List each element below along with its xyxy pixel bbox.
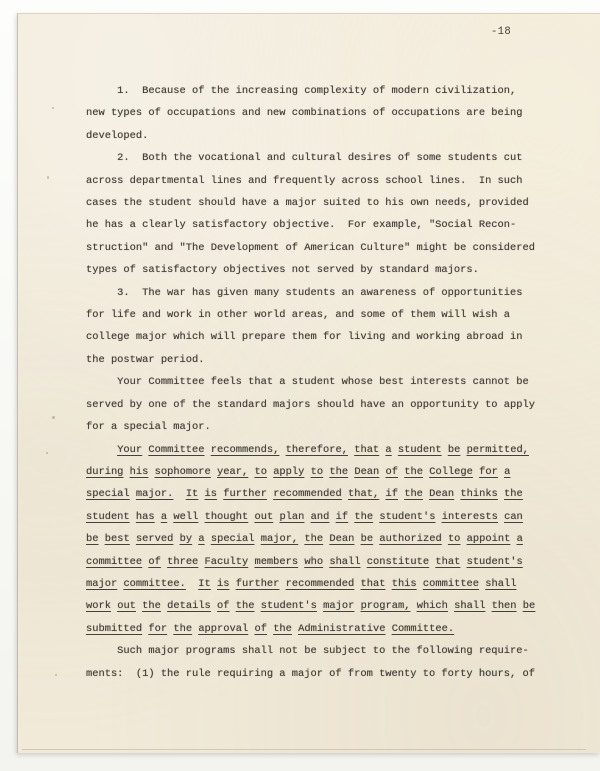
underlined-word: interests	[442, 511, 498, 523]
text-line: Your Committee recommends, therefore, th…	[86, 439, 586, 461]
underlined-word: his	[130, 466, 149, 478]
paper-speck	[55, 674, 57, 676]
underlined-word: the	[329, 466, 348, 478]
underlined-word: special	[211, 533, 255, 545]
underlined-word: the	[404, 466, 423, 478]
underlined-word: of	[148, 556, 160, 568]
text-line: new types of occupations and new combina…	[86, 102, 586, 124]
underlined-word: the	[404, 488, 423, 500]
paper-speck	[52, 416, 55, 419]
underlined-word: a	[517, 533, 523, 545]
underlined-word: student's	[379, 511, 435, 523]
underlined-word: recommended	[273, 488, 342, 500]
underlined-word: Your	[117, 444, 142, 456]
underlined-word: approval	[198, 623, 248, 635]
underlined-word: be	[448, 444, 460, 456]
text-line: struction" and "The Development of Ameri…	[86, 237, 586, 259]
underlined-word: and	[311, 511, 330, 523]
underlined-word: to	[311, 466, 323, 478]
underlined-word: student	[86, 511, 130, 523]
paper-speck	[52, 107, 54, 109]
underlined-word: the	[142, 600, 161, 612]
underlined-word: out	[117, 600, 136, 612]
text-line: across departmental lines and frequently…	[86, 170, 586, 192]
underlined-word: be	[86, 533, 98, 545]
underlined-word: year,	[217, 466, 248, 478]
underlined-word: details	[167, 600, 211, 612]
underlined-word: program,	[361, 600, 411, 612]
underlined-word: submitted	[86, 623, 142, 635]
text-line: 3. The war has given many students an aw…	[86, 282, 586, 304]
underlined-word: if	[385, 488, 397, 500]
underlined-word: for	[148, 623, 167, 635]
underlined-word: if	[336, 511, 348, 523]
text-line: during his sophomore year, to apply to t…	[86, 461, 586, 483]
underlined-word: sophomore	[155, 466, 211, 478]
underlined-word: permitted,	[467, 444, 529, 456]
underlined-word: be	[523, 600, 535, 612]
underlined-word: to	[254, 466, 266, 478]
text-line: Such major programs shall not be subject…	[86, 640, 586, 662]
underlined-word: thought	[205, 511, 249, 523]
underlined-word: which	[417, 600, 448, 612]
underlined-word: It	[186, 488, 198, 500]
text-line: ments: (1) the rule requiring a major of…	[86, 663, 586, 685]
underlined-word: Dean	[429, 488, 454, 500]
underlined-word: members	[254, 556, 298, 568]
text-line: Your Committee feels that a student whos…	[86, 371, 586, 393]
underlined-word: committee	[86, 556, 142, 568]
text-line: served by one of the standard majors sho…	[86, 394, 586, 416]
underlined-word: therefore,	[286, 444, 348, 456]
underlined-word: a	[385, 444, 391, 456]
underlined-word: shall	[485, 578, 516, 590]
underlined-word: that	[354, 444, 379, 456]
underlined-word: the	[504, 488, 523, 500]
text-line: 1. Because of the increasing complexity …	[86, 80, 586, 102]
text-line: student has a well thought out plan and …	[86, 506, 586, 528]
underlined-word: major	[323, 600, 354, 612]
underlined-word: shall	[454, 600, 485, 612]
underlined-word: of	[254, 623, 266, 635]
underlined-word: Dean	[329, 533, 354, 545]
underlined-word: committee.	[123, 578, 185, 590]
text-line: college major which will prepare them fo…	[86, 326, 586, 348]
underlined-word: plan	[279, 511, 304, 523]
page-number: -18	[491, 26, 511, 38]
underlined-word: a	[504, 466, 510, 478]
text-line: 2. Both the vocational and cultural desi…	[86, 147, 586, 169]
text-line: developed.	[86, 125, 586, 147]
underlined-word: well	[173, 511, 198, 523]
text-line: special major. It is further recommended…	[86, 483, 586, 505]
text-line: work out the details of the student's ma…	[86, 595, 586, 617]
text-line: major committee. It is further recommend…	[86, 573, 586, 595]
underlined-word: College	[429, 466, 473, 478]
underlined-word: that	[435, 556, 460, 568]
text-line: submitted for the approval of the Admini…	[86, 618, 586, 640]
underlined-word: the	[273, 623, 292, 635]
underlined-word: three	[167, 556, 198, 568]
underlined-word: recommends,	[211, 444, 280, 456]
underlined-word: further	[236, 578, 280, 590]
underlined-word: is	[217, 578, 229, 590]
underlined-word: Administrative	[298, 623, 385, 635]
text-block: 1. Because of the increasing complexity …	[86, 80, 586, 685]
underlined-word: Committee.	[392, 623, 454, 635]
underlined-word: this	[392, 578, 417, 590]
underlined-word: has	[136, 511, 155, 523]
document-page: -18 1. Because of the increasing complex…	[17, 13, 600, 753]
underlined-word: a	[198, 533, 204, 545]
underlined-word: be	[361, 533, 373, 545]
underlined-word: of	[386, 466, 398, 478]
underlined-word: apply	[273, 466, 304, 478]
underlined-word: of	[217, 600, 229, 612]
paragraph-numbered-item-1: 1. Because of the increasing complexity …	[86, 80, 586, 147]
underlined-word: to	[448, 533, 460, 545]
underlined-word: Faculty	[205, 556, 249, 568]
underlined-word: the	[304, 533, 323, 545]
text-line: for a special major.	[86, 416, 586, 438]
underlined-word: that,	[348, 488, 379, 500]
underlined-word: thinks	[460, 488, 497, 500]
underlined-word: by	[180, 533, 192, 545]
underlined-word: appoint	[467, 533, 511, 545]
underlined-word: can	[504, 511, 523, 523]
underlined-word: during	[86, 466, 123, 478]
text-line: committee of three Faculty members who s…	[86, 551, 586, 573]
underlined-word: work	[86, 600, 111, 612]
underlined-word: student's	[261, 600, 317, 612]
underlined-word: student	[398, 444, 442, 456]
underlined-word: who	[304, 556, 323, 568]
underlined-word: Dean	[354, 466, 379, 478]
underlined-word: student's	[467, 556, 523, 568]
underlined-word: the	[354, 511, 373, 523]
text-line: he has a clearly satisfactory objective.…	[86, 214, 586, 236]
underlined-word: recommended	[286, 578, 355, 590]
underlined-word: that	[361, 578, 386, 590]
underlined-word: then	[492, 600, 517, 612]
paper-speck	[46, 452, 48, 454]
underlined-word: a	[161, 511, 167, 523]
text-line: types of satisfactory objectives not ser…	[86, 259, 586, 281]
text-line: be best served by a special major, the D…	[86, 528, 586, 550]
underlined-word: authorized	[379, 533, 441, 545]
underlined-word: further	[223, 488, 267, 500]
underlined-word: major,	[261, 533, 298, 545]
underlined-word: is	[205, 488, 217, 500]
underlined-word: special	[86, 488, 130, 500]
underlined-word: constitute	[367, 556, 429, 568]
scan-backdrop: { "colors": { "paper": "#f1ead9", "ink":…	[0, 0, 600, 771]
text-line: the postwar period.	[86, 349, 586, 371]
underlined-word: Committee	[148, 444, 204, 456]
underlined-word: shall	[329, 556, 360, 568]
paragraph-numbered-item-3: 3. The war has given many students an aw…	[86, 282, 586, 372]
underlined-word: committee	[423, 578, 479, 590]
underlined-word: major.	[136, 488, 173, 500]
underlined-word: the	[173, 623, 192, 635]
paper-speck	[47, 176, 49, 179]
text-line: for life and work in other world areas, …	[86, 304, 586, 326]
paragraph-committee-recommendation: Your Committee recommends, therefore, th…	[86, 439, 586, 641]
underlined-word: out	[254, 511, 273, 523]
underlined-word: best	[105, 533, 130, 545]
paragraph-numbered-item-2: 2. Both the vocational and cultural desi…	[86, 147, 586, 281]
underlined-word: It	[198, 578, 210, 590]
underlined-word: for	[479, 466, 498, 478]
paragraph-committee-opinion: Your Committee feels that a student whos…	[86, 371, 586, 438]
underlined-word: major	[86, 578, 117, 590]
underlined-word: served	[136, 533, 173, 545]
underlined-word: the	[236, 600, 255, 612]
paragraph-requirements-exemption: Such major programs shall not be subject…	[86, 640, 586, 685]
text-line: cases the student should have a major su…	[86, 192, 586, 214]
